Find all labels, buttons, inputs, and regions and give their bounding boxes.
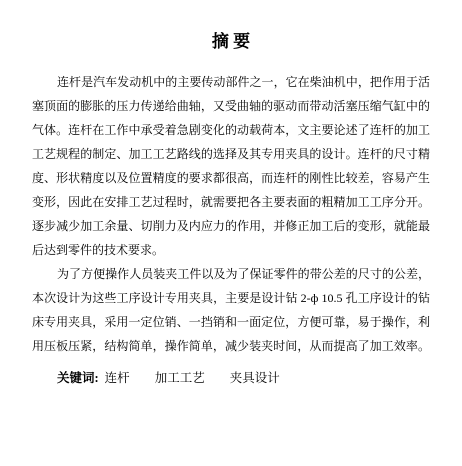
page-title: 摘 要 bbox=[0, 0, 462, 53]
text-line: 工艺规程的制定、加工工艺路线的选择及其专用夹具的设计。连杆的尺寸精 bbox=[32, 142, 430, 166]
keyword-item: 加工工艺 bbox=[155, 371, 205, 385]
text-line: 塞顶面的膨胀的压力传递给曲轴，又受曲轴的驱动而带动活塞压缩气缸中的 bbox=[32, 94, 430, 118]
text-line: 连杆是汽车发动机中的主要传动部件之一，它在柴油机中，把作用于活 bbox=[32, 70, 430, 94]
keyword-item: 夹具设计 bbox=[230, 371, 280, 385]
text-line: 为了方便操作人员装夹工件以及为了保证零件的带公差的尺寸的公差， bbox=[32, 262, 430, 286]
text-line: 床专用夹具，采用一定位销、一挡销和一面定位，方便可靠，易于操作，利 bbox=[32, 310, 430, 334]
text-line: 逐步减少加工余量、切削力及内应力的作用，并修正加工后的变形，就能最 bbox=[32, 214, 430, 238]
paragraph: 连杆是汽车发动机中的主要传动部件之一，它在柴油机中，把作用于活塞顶面的膨胀的压力… bbox=[32, 70, 430, 262]
text-line: 度、形状精度以及位置精度的要求都很高，而连杆的刚性比较差，容易产生 bbox=[32, 166, 430, 190]
text-line: 用压板压紧，结构简单，操作简单，减少装夹时间，从而提高了加工效率。 bbox=[32, 334, 430, 358]
keyword-item: 连杆 bbox=[105, 371, 130, 385]
text-line: 气体。连杆在工作中承受着急剧变化的动载荷本，文主要论述了连杆的加工 bbox=[32, 118, 430, 142]
keywords-items: 连杆加工工艺夹具设计 bbox=[105, 371, 280, 385]
abstract-paragraphs: 连杆是汽车发动机中的主要传动部件之一，它在柴油机中，把作用于活塞顶面的膨胀的压力… bbox=[32, 70, 430, 358]
paragraph: 为了方便操作人员装夹工件以及为了保证零件的带公差的尺寸的公差，本次设计为这些工序… bbox=[32, 262, 430, 358]
document-page: 摘 要 连杆是汽车发动机中的主要传动部件之一，它在柴油机中，把作用于活塞顶面的膨… bbox=[0, 0, 462, 466]
keywords-label: 关键词: bbox=[57, 371, 99, 385]
text-line: 变形，因此在安排工艺过程时，就需要把各主要表面的粗精加工工序分开。 bbox=[32, 190, 430, 214]
text-line: 本次设计为这些工序设计专用夹具，主要是设计钻 2-ф 10.5 孔工序设计的钻 bbox=[32, 286, 430, 310]
text-line: 后达到零件的技术要求。 bbox=[32, 238, 430, 262]
keywords-line: 关键词:连杆加工工艺夹具设计 bbox=[32, 366, 430, 390]
